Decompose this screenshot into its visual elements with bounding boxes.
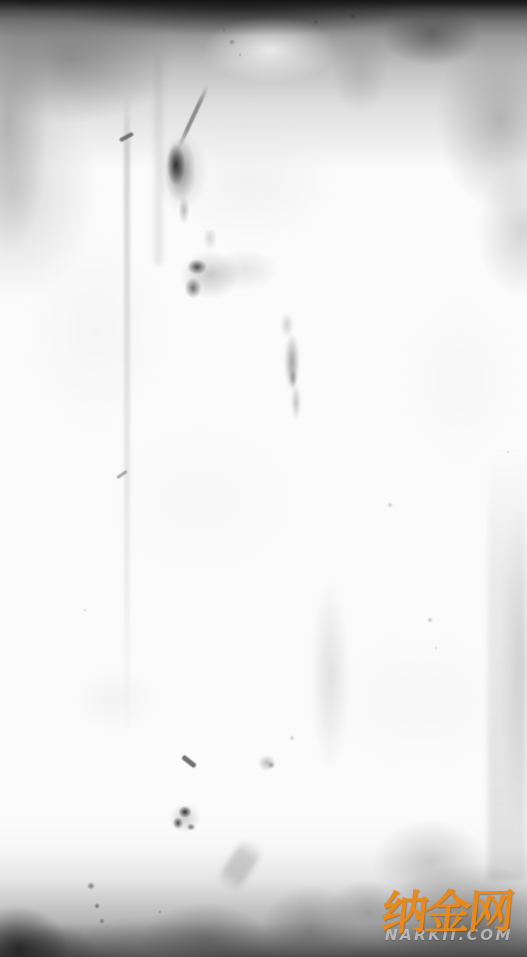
dark-dash-mark: [119, 132, 134, 143]
vertical-ink-streak: [265, 300, 325, 450]
speck-marks: [0, 0, 527, 957]
watermark-site-name: 纳金网: [379, 888, 527, 937]
paper-mottling-layer: [0, 0, 527, 957]
top-smoke-shading: [0, 0, 527, 300]
gray-smudge: [253, 748, 283, 778]
faint-middle-band: [300, 535, 360, 815]
lower-dash-mark: [181, 755, 197, 769]
diagonal-smudge: [215, 836, 265, 895]
ink-blot: [163, 798, 213, 843]
faint-right-band: [488, 450, 527, 880]
ink-blob: [140, 110, 220, 240]
ink-blob-tail: [176, 84, 209, 149]
faint-dash-mark: [116, 470, 128, 479]
bottom-smoke-clouds: [0, 817, 527, 957]
left-vertical-streak: [124, 95, 130, 740]
ink-smudge-cluster: [150, 230, 290, 350]
watermark: 纳金网 NARKII.COM: [382, 889, 527, 944]
watermark-domain: NARKII.COM: [385, 926, 527, 944]
upper-vertical-streak: [154, 55, 163, 265]
texture-photo: 纳金网 NARKII.COM: [0, 0, 527, 957]
top-smoke-band: [0, 0, 527, 170]
